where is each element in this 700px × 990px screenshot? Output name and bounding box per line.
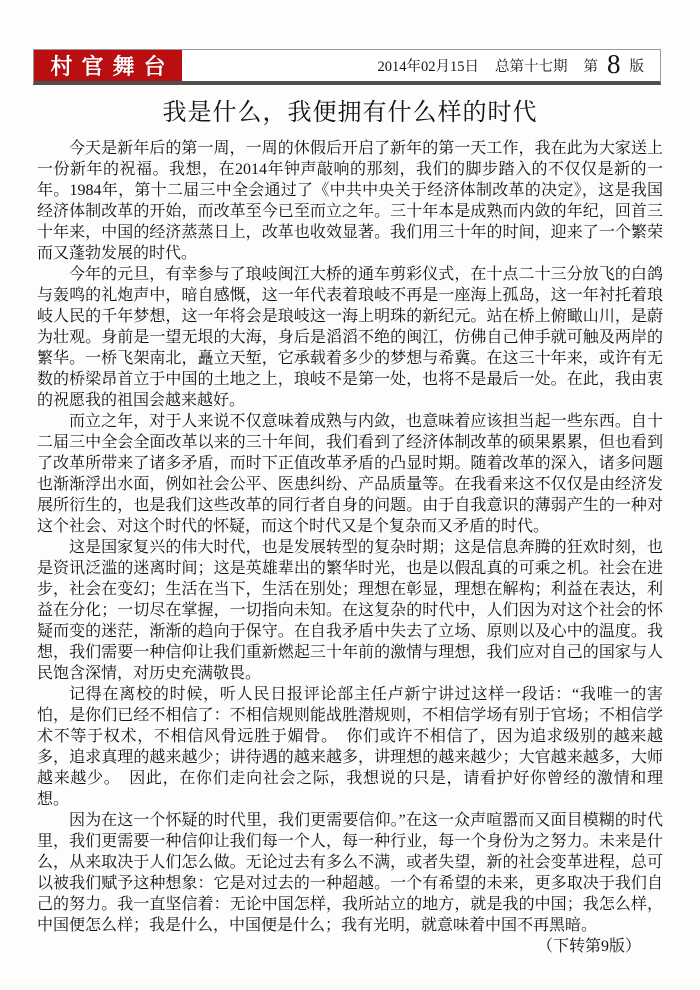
issue-number: 总第十七期 [495,55,568,76]
section-title: 村官舞台 [34,50,182,81]
page-label-suffix: 版 [630,55,645,76]
article-paragraph: 这是国家复兴的伟大时代，也是发展转型的复杂时期；这是信息奔腾的狂欢时刻，也是资讯… [37,537,663,684]
page-number: 8 [607,51,621,78]
page-label-prefix: 第 [584,55,599,76]
issue-info: 2014年02月15日 总第十七期 第 8 版 [182,50,660,81]
continuation-note: （下转第9版） [37,936,663,957]
newspaper-page: 村官舞台 2014年02月15日 总第十七期 第 8 版 我是什么，我便拥有什么… [0,0,700,990]
article-paragraph: 今天是新年后的第一周，一周的休假后开启了新年的第一天工作，我在此为大家送上一份新… [37,138,663,264]
article-paragraph: 记得在离校的时候，听人民日报评论部主任卢新宁讲过这样一段话：“我唯一的害怕，是你… [37,684,663,810]
article-body: 今天是新年后的第一周，一周的休假后开启了新年的第一天工作，我在此为大家送上一份新… [37,138,663,957]
article-paragraph: 今年的元旦，有幸参与了琅岐闽江大桥的通车剪彩仪式，在十点二十三分放飞的白鸽与轰鸣… [37,264,663,411]
article-paragraph: 因为在这一个怀疑的时代里，我们更需要信仰。”在这一众声喧嚣而又面目模糊的时代里，… [37,810,663,936]
issue-date: 2014年02月15日 [378,55,480,76]
article-title: 我是什么，我便拥有什么样的时代 [0,92,700,127]
article-paragraph: 而立之年，对于人来说不仅意味着成熟与内敛，也意味着应该担当起一些东西。自十二届三… [37,411,663,537]
masthead-banner: 村官舞台 2014年02月15日 总第十七期 第 8 版 [33,49,661,85]
